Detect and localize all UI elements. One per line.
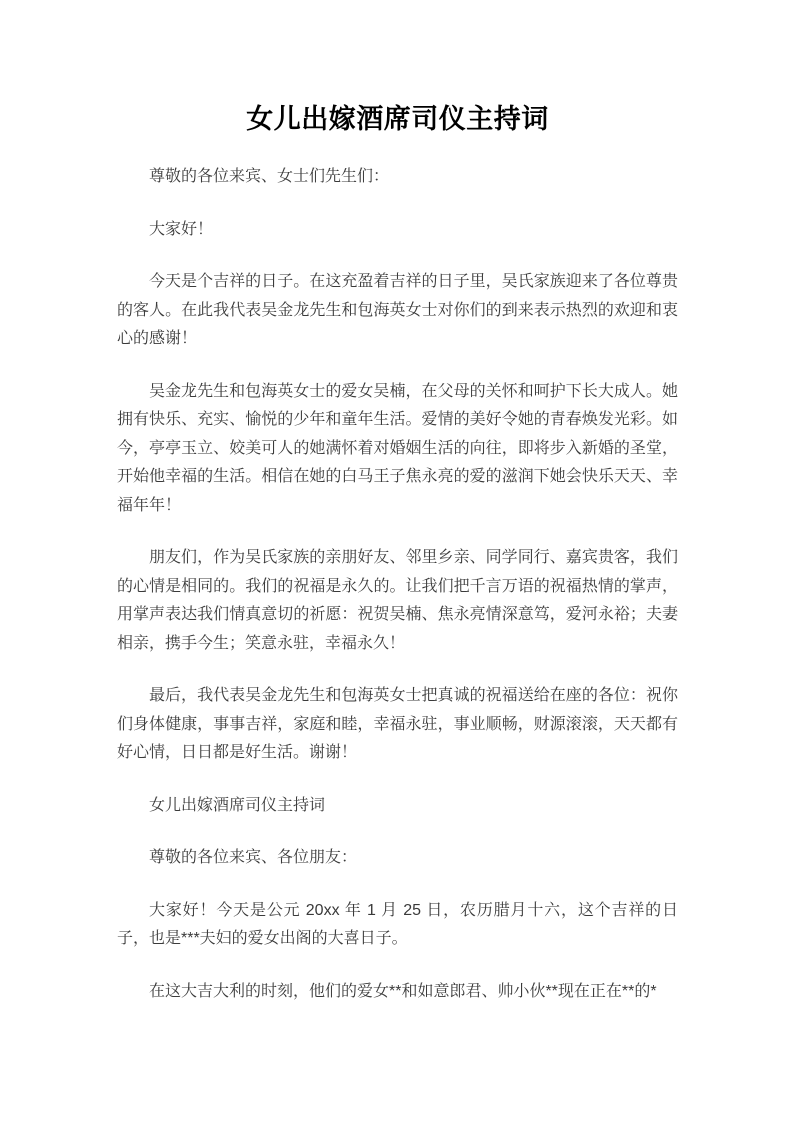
paragraph-salutation-2: 尊敬的各位来宾、各位朋友： (117, 844, 678, 873)
paragraph-blessing: 朋友们，作为吴氏家族的亲朋好友、邻里乡亲、同学同行、嘉宾贵客，我们的心情是相同的… (117, 544, 678, 658)
paragraph-bride-intro: 吴金龙先生和包海英女士的爱女吴楠，在父母的关怀和呵护下长大成人。她拥有快乐、充实… (117, 378, 678, 521)
paragraph-ceremony-moment: 在这大吉大利的时刻，他们的爱女**和如意郎君、帅小伙**现在正在**的* (117, 978, 678, 1007)
paragraph-greeting: 大家好！ (117, 216, 678, 245)
document-page: 女儿出嫁酒席司仪主持词 尊敬的各位来宾、女士们先生们： 大家好！ 今天是个吉祥的… (0, 0, 794, 1123)
paragraph-section-title: 女儿出嫁酒席司仪主持词 (117, 792, 678, 821)
paragraph-final-wishes: 最后，我代表吴金龙先生和包海英女士把真诚的祝福送给在座的各位：祝你们身体健康，事… (117, 682, 678, 768)
paragraph-date-intro: 大家好！今天是公元 20xx 年 1 月 25 日，农历腊月十六，这个吉祥的日子… (117, 897, 678, 954)
paragraph-welcome: 今天是个吉祥的日子。在这充盈着吉祥的日子里，吴氏家族迎来了各位尊贵的客人。在此我… (117, 268, 678, 354)
paragraph-salutation: 尊敬的各位来宾、女士们先生们： (117, 163, 678, 192)
document-title: 女儿出嫁酒席司仪主持词 (117, 99, 678, 139)
